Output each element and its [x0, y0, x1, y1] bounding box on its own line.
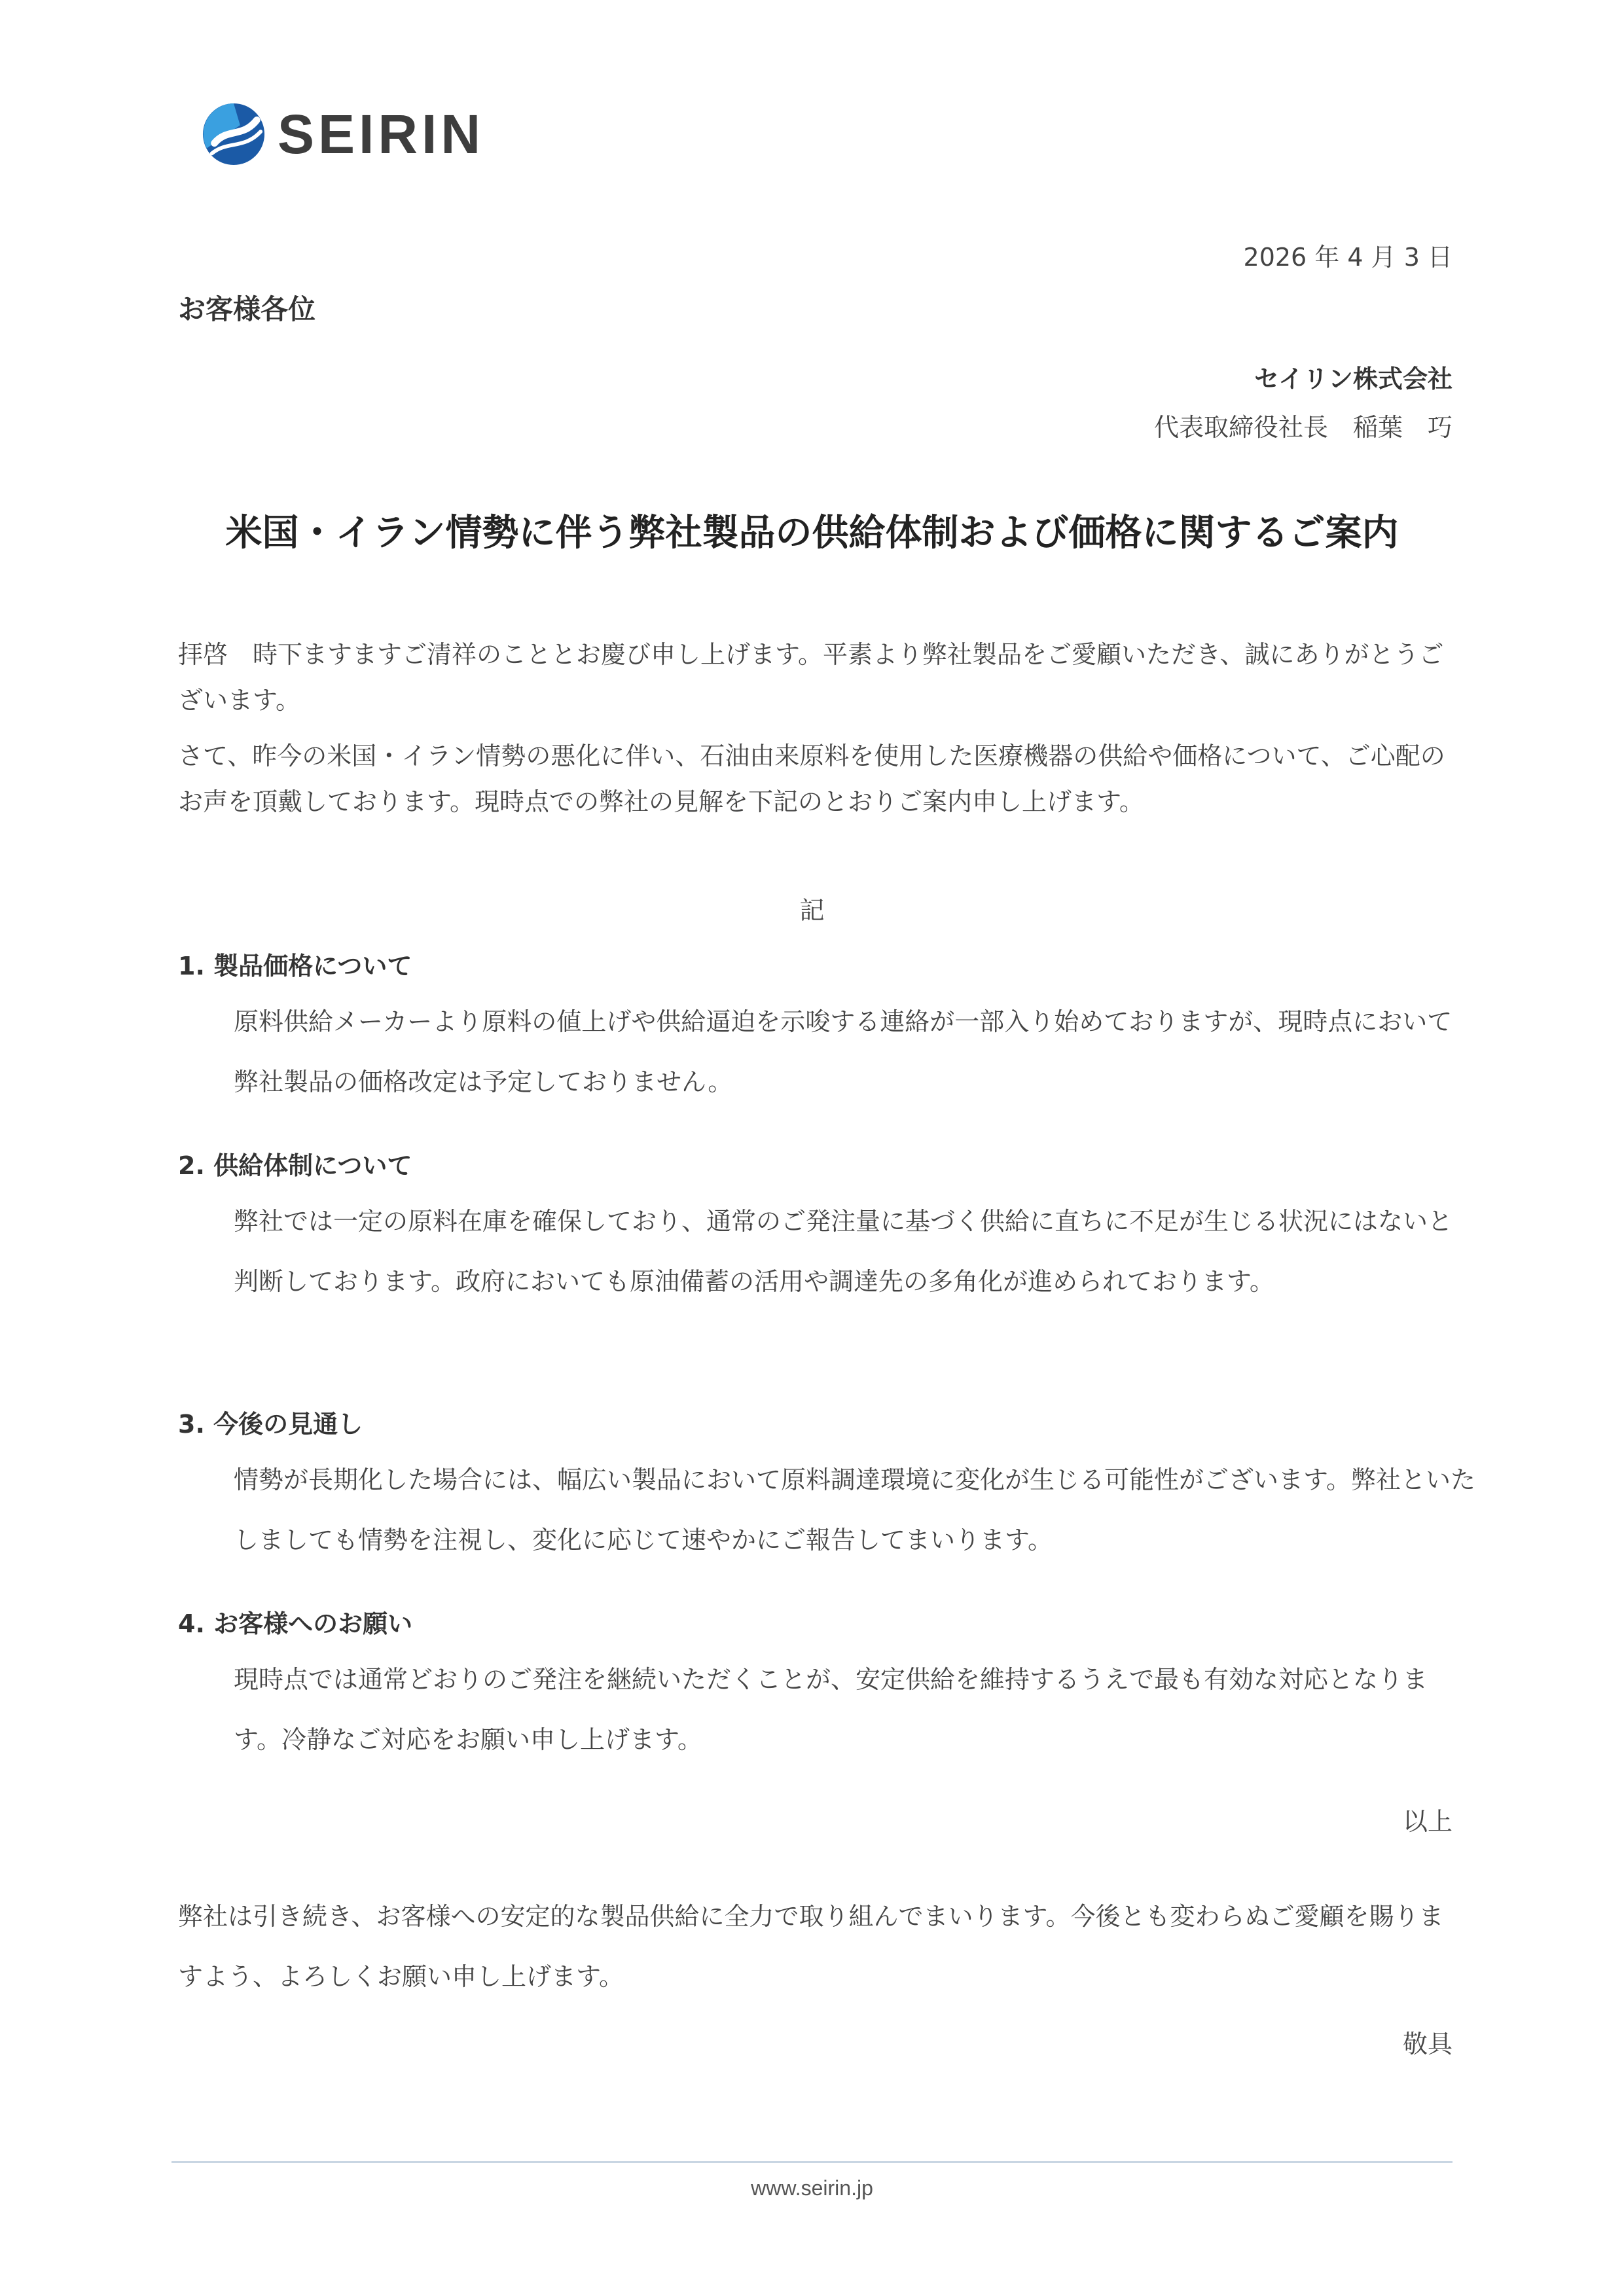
- section-heading-outlook: 3. 今後の見通し: [178, 1404, 363, 1440]
- ki-marker: 記: [0, 890, 1624, 926]
- logo-text: SEIRIN: [278, 103, 484, 166]
- addressee: お客様各位: [178, 288, 316, 327]
- representative: 代表取締役社長 稲葉 巧: [1154, 407, 1453, 443]
- section-body-price: 原料供給メーカーより原料の値上げや供給逼迫を示唆する連絡が一部入り始めております…: [234, 992, 1471, 1112]
- section-heading-request: 4. お客様へのお願い: [178, 1604, 412, 1640]
- keigu-marker: 敬具: [1403, 2024, 1453, 2060]
- intro-paragraph: さて、昨今の米国・イラン情勢の悪化に伴い、石油由来原料を使用した医療機器の供給や…: [178, 733, 1454, 825]
- footer-divider: [171, 2161, 1453, 2163]
- ijo-marker: 以上: [1403, 1801, 1453, 1837]
- section-body-supply: 弊社では一定の原料在庫を確保しており、通常のご発注量に基づく供給に直ちに不足が生…: [234, 1191, 1471, 1312]
- letter-date: 2026 年 4 月 3 日: [1244, 237, 1453, 273]
- company-logo: SEIRIN: [202, 98, 484, 170]
- greeting-paragraph: 拝啓 時下ますますご清祥のこととお慶び申し上げます。平素より弊社製品をご愛顧いた…: [178, 632, 1454, 723]
- section-body-request: 現時点では通常どおりのご発注を継続いただくことが、安定供給を維持するうえで最も有…: [234, 1649, 1471, 1770]
- closing-paragraph: 弊社は引き続き、お客様への安定的な製品供給に全力で取り組んでまいります。今後とも…: [178, 1886, 1461, 2007]
- letter-title: 米国・イラン情勢に伴う弊社製品の供給体制および価格に関するご案内: [0, 504, 1624, 556]
- seirin-logo-icon: [202, 102, 266, 166]
- section-heading-supply: 2. 供給体制について: [178, 1145, 412, 1181]
- section-body-outlook: 情勢が長期化した場合には、幅広い製品において原料調達環境に変化が生じる可能性がご…: [234, 1450, 1490, 1570]
- section-heading-price: 1. 製品価格について: [178, 946, 412, 982]
- company-name: セイリン株式会社: [1254, 359, 1453, 395]
- footer-url: www.seirin.jp: [0, 2176, 1624, 2200]
